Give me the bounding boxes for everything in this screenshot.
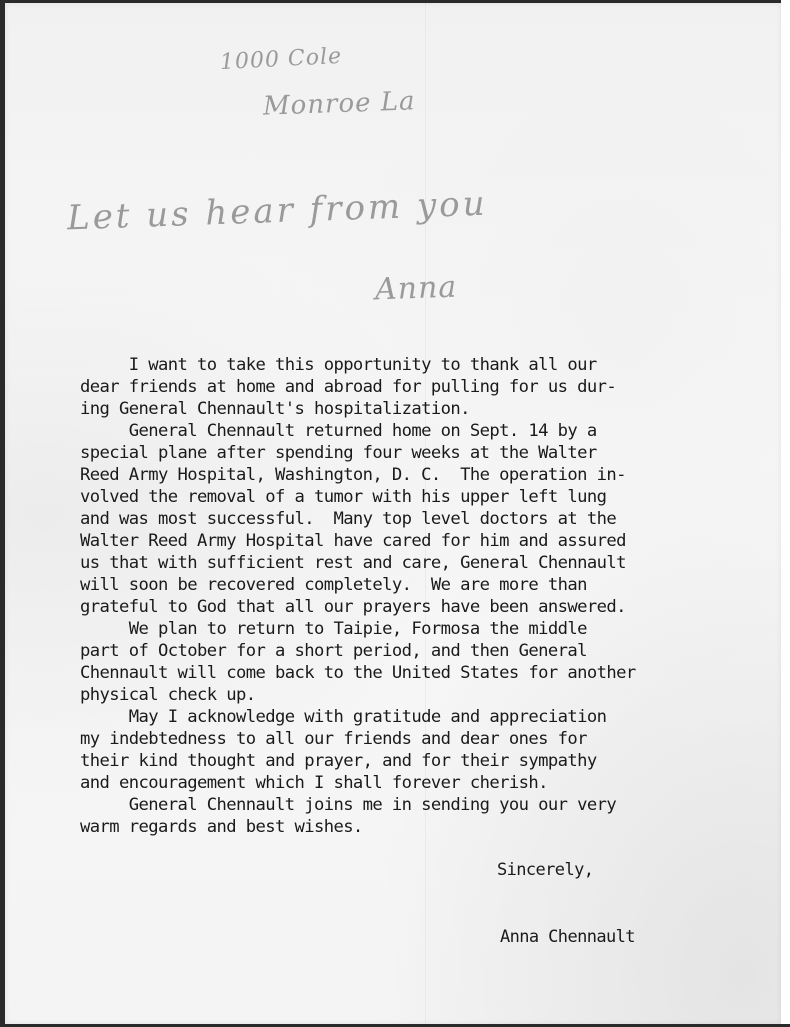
scan-margin: [781, 0, 790, 1024]
body-line: General Chennault joins me in sending yo…: [80, 794, 740, 816]
body-line: grateful to God that all our prayers hav…: [80, 596, 740, 618]
body-line: special plane after spending four weeks …: [80, 442, 740, 464]
body-line: ing General Chennault's hospitalization.: [80, 398, 740, 420]
handwritten-address-line2: Monroe La: [263, 86, 416, 121]
body-line: will soon be recovered completely. We ar…: [80, 574, 740, 596]
letter-closing: Sincerely,: [497, 860, 593, 880]
body-line: their kind thought and prayer, and for t…: [80, 750, 740, 772]
body-line: volved the removal of a tumor with his u…: [80, 486, 740, 508]
body-line: May I acknowledge with gratitude and app…: [80, 706, 740, 728]
body-line: warm regards and best wishes.: [80, 816, 740, 838]
body-line: physical check up.: [80, 684, 740, 706]
body-line: Chennault will come back to the United S…: [80, 662, 740, 684]
handwritten-signature: Anna: [374, 270, 457, 308]
letter-body: I want to take this opportunity to thank…: [80, 354, 740, 838]
body-line: my indebtedness to all our friends and d…: [80, 728, 740, 750]
body-line: part of October for a short period, and …: [80, 640, 740, 662]
body-line: General Chennault returned home on Sept.…: [80, 420, 740, 442]
body-line: and encouragement which I shall forever …: [80, 772, 740, 794]
body-line: Walter Reed Army Hospital have cared for…: [80, 530, 740, 552]
handwritten-address-line1: 1000 Cole: [219, 44, 342, 75]
body-line: We plan to return to Taipie, Formosa the…: [80, 618, 740, 640]
body-line: and was most successful. Many top level …: [80, 508, 740, 530]
body-line: Reed Army Hospital, Washington, D. C. Th…: [80, 464, 740, 486]
typed-signature: Anna Chennault: [500, 927, 635, 947]
body-line: I want to take this opportunity to thank…: [80, 354, 740, 376]
body-line: dear friends at home and abroad for pull…: [80, 376, 740, 398]
body-line: us that with sufficient rest and care, G…: [80, 552, 740, 574]
